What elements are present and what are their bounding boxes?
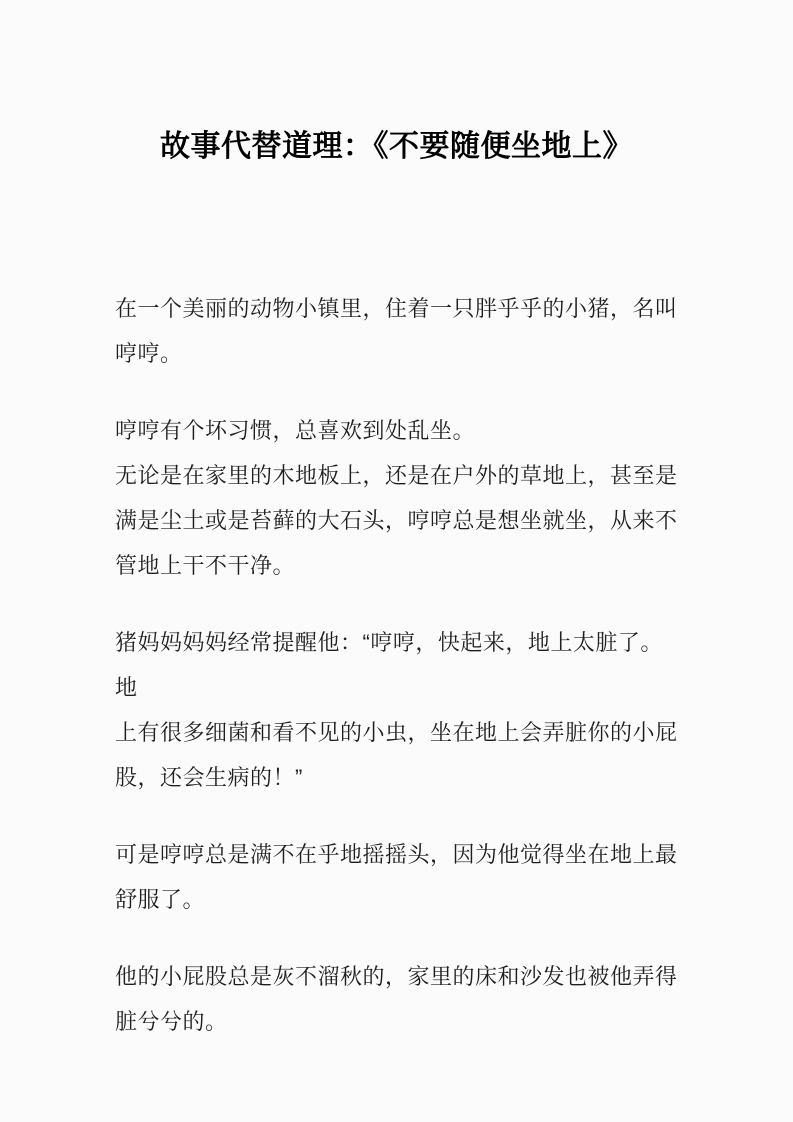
paragraph-2: 哼哼有个坏习惯，总喜欢到处乱坐。 无论是在家里的木地板上，还是在户外的草地上，甚… (115, 408, 678, 588)
paragraph-3: 猪妈妈妈妈经常提醒他：“哼哼，快起来，地上太脏了。地 上有很多细菌和看不见的小虫… (115, 620, 678, 800)
document-page: 故事代替道理：《不要随便坐地上》 在一个美丽的动物小镇里，住着一只胖乎乎的小猪，… (0, 0, 793, 1122)
paragraph-5: 他的小屁股总是灰不溜秋的，家里的床和沙发也被他弄得 脏兮兮的。 (115, 954, 678, 1044)
page-title: 故事代替道理：《不要随便坐地上》 (115, 124, 678, 169)
paragraph-1: 在一个美丽的动物小镇里，住着一只胖乎乎的小猪，名叫 哼哼。 (115, 286, 678, 376)
paragraph-4: 可是哼哼总是满不在乎地摇摇头，因为他觉得坐在地上最 舒服了。 (115, 832, 678, 922)
document-body: 在一个美丽的动物小镇里，住着一只胖乎乎的小猪，名叫 哼哼。 哼哼有个坏习惯，总喜… (115, 286, 678, 1044)
